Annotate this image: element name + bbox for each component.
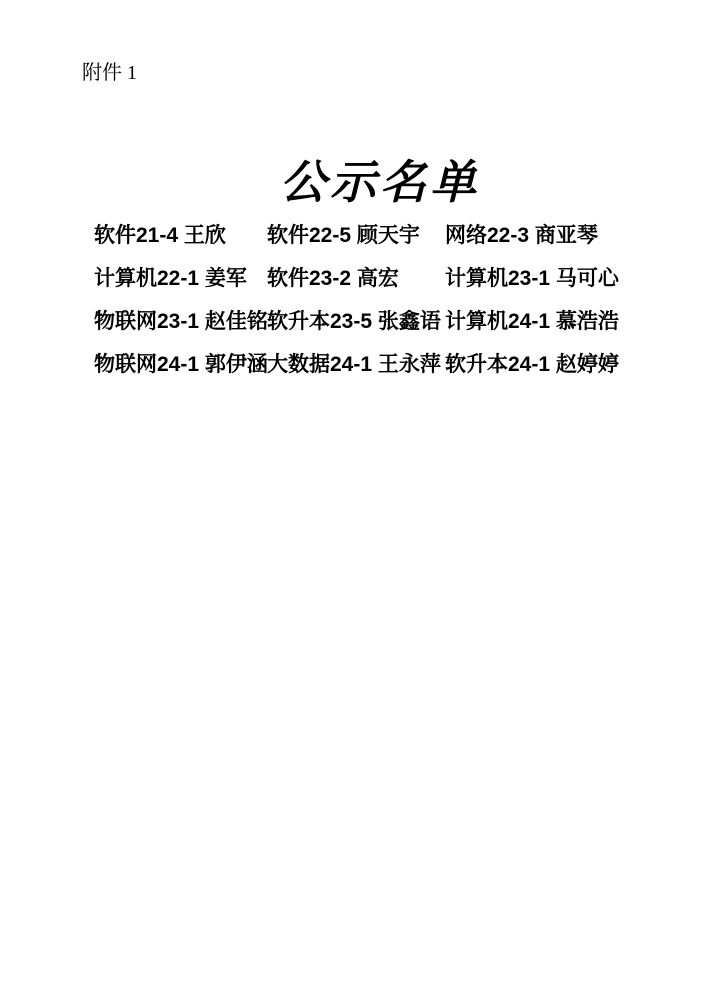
roster-cell: 计算机23-1 马可心 [445,257,619,300]
roster-list: 软件21-4 王欣 软件22-5 顾天宇 网络22-3 商亚琴 计算机22-1 … [94,214,619,386]
roster-cell: 计算机24-1 慕浩浩 [445,300,619,343]
roster-cell: 软升本23-5 张鑫语 [267,300,445,343]
roster-cell: 软件22-5 顾天宇 [267,214,445,257]
document-page: 附件 1 公示名单 软件21-4 王欣 软件22-5 顾天宇 网络22-3 商亚… [0,0,707,1002]
page-title: 公示名单 [0,146,707,212]
attachment-label: 附件 1 [82,56,137,85]
roster-cell: 物联网23-1 赵佳铭 [94,300,267,343]
roster-cell: 物联网24-1 郭伊涵 [94,343,267,386]
roster-cell: 软件21-4 王欣 [94,214,267,257]
roster-cell: 大数据24-1 王永萍 [267,343,445,386]
roster-cell: 软件23-2 高宏 [267,257,445,300]
roster-cell: 软升本24-1 赵婷婷 [445,343,619,386]
roster-cell: 计算机22-1 姜军 [94,257,267,300]
roster-cell: 网络22-3 商亚琴 [445,214,619,257]
